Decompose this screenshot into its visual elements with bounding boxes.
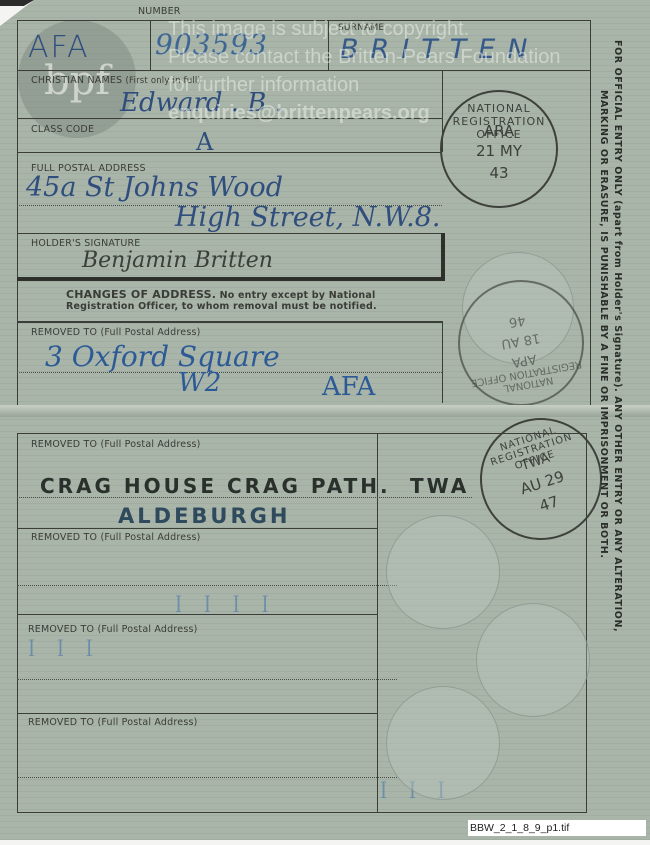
side-notice-line-1: FOR OFFICIAL ENTRY ONLY (apart from Hold…: [612, 40, 623, 800]
stamp-code: ARA: [442, 122, 556, 140]
divider: [17, 70, 591, 71]
thick-divider: [441, 233, 445, 281]
stamp-date: 21 MY: [442, 142, 556, 160]
watermark-line-3: for further information: [168, 74, 359, 97]
removed-to-label-note: (Full Postal Address): [97, 624, 197, 635]
christian-names-label-text: CHRISTIAN NAMES: [31, 75, 122, 86]
watermark-line-1: This image is subject to copyright.: [168, 18, 469, 41]
number-label: NUMBER: [138, 6, 181, 17]
side-notice-line-2: MARKING OR ERASURE, IS PUNISHABLE BY A F…: [598, 90, 609, 750]
removed-to-label-text: REMOVED TO: [28, 717, 94, 728]
watermark-line-2: Please contact the Britten-Pears Foundat…: [168, 46, 560, 69]
removal-1-line-1: 3 Oxford Square: [45, 340, 280, 373]
faded-ink: ꟾ ꟾ ꟾ ꟾ: [175, 596, 277, 617]
divider: [17, 713, 377, 714]
ruled-line: [17, 497, 472, 498]
thick-divider: [17, 277, 445, 281]
address-line-1: 45a St Johns Wood: [26, 172, 283, 203]
removed-to-label-4: REMOVED TO (Full Postal Address): [28, 624, 198, 635]
holders-signature-value: Benjamin Britten: [82, 248, 273, 273]
address-line-2: High Street, N.W.8.: [175, 202, 441, 233]
ruled-line: [17, 585, 397, 586]
changes-of-address-notice: CHANGES OF ADDRESS. No entry except by N…: [66, 289, 406, 312]
removed-to-label-text: REMOVED TO: [31, 532, 97, 543]
removal-1-line-2: W2: [178, 368, 221, 398]
number-prefix: AFA: [28, 30, 90, 65]
removed-to-label-1: REMOVED TO (Full Postal Address): [31, 327, 201, 338]
card-fold: [0, 405, 650, 417]
removed-to-label-note: (Full Postal Address): [100, 327, 200, 338]
ruled-line: [17, 777, 397, 778]
torn-corner-shadow: [0, 0, 34, 6]
removal-2-line-2: ALDEBURGH: [118, 504, 290, 528]
divider: [17, 233, 442, 234]
stamp-circle: [386, 515, 500, 629]
removed-to-label-text: REMOVED TO: [28, 624, 94, 635]
faded-ink: ꟾ ꟾ ꟾ: [28, 640, 101, 661]
filename-label: BBW_2_1_8_9_p1.tif: [468, 820, 646, 836]
removed-to-label-note: (Full Postal Address): [100, 532, 200, 543]
removed-to-label-5: REMOVED TO (Full Postal Address): [28, 717, 198, 728]
removed-to-label-text: REMOVED TO: [31, 327, 97, 338]
removal-1-code: AFA: [322, 372, 375, 402]
divider: [17, 152, 442, 153]
identity-card: bpf NUMBER SURNAME AFA 903593 BRITTEN CH…: [0, 0, 650, 840]
class-code-label: CLASS CODE: [31, 124, 94, 135]
removed-to-label-note: (Full Postal Address): [100, 439, 200, 450]
divider: [150, 20, 151, 71]
ruled-line: [17, 372, 442, 373]
removal-2-line-1: CRAG HOUSE CRAG PATH.: [40, 474, 391, 498]
registration-stamp-1943: NATIONAL REGISTRATION OFFICE ARA 21 MY 4…: [440, 90, 558, 208]
divider: [17, 321, 442, 323]
watermark-line-4: enquiries@brittenpears.org: [168, 102, 430, 125]
removed-to-label-note: (Full Postal Address): [97, 717, 197, 728]
divider: [17, 528, 377, 529]
stamp-year: 43: [442, 164, 556, 182]
removed-to-label-2: REMOVED TO (Full Postal Address): [31, 439, 201, 450]
removed-to-label-text: REMOVED TO: [31, 439, 97, 450]
removal-2-code: TWA: [410, 474, 469, 498]
stamp-circle: [476, 603, 590, 717]
divider: [442, 321, 443, 403]
ruled-line: [17, 679, 397, 680]
stamp-circle: [386, 686, 500, 800]
removed-to-label-3: REMOVED TO (Full Postal Address): [31, 532, 201, 543]
changes-of-address-title: CHANGES OF ADDRESS.: [66, 288, 216, 301]
